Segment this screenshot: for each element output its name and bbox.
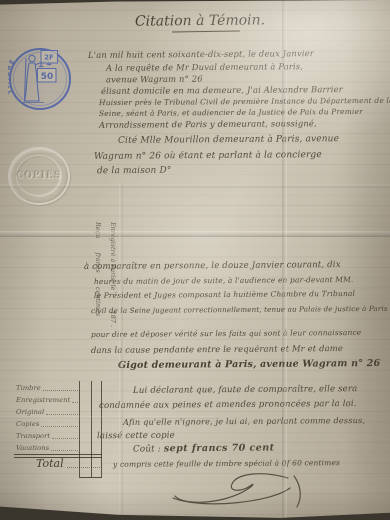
cited-line-3: de la maison D° xyxy=(97,165,172,176)
registration-margin-note: Enregistré à Paris, le 187 . Reçu francs… xyxy=(78,222,120,380)
hearing-line-1: à comparaître en personne, le douze Janv… xyxy=(84,260,341,272)
document-paper: TIMBRE 2F 50 COPIES xyxy=(0,0,390,520)
revenue-stamp-icon: TIMBRE 2F 50 xyxy=(8,46,72,112)
cited-line-1: Cité Mlle Mourillon demeurant à Paris, a… xyxy=(118,134,339,146)
fee-row-copies: Copies xyxy=(16,420,78,428)
opening-line-1: L'an mil huit cent soixante-dix-sept, le… xyxy=(88,48,314,60)
fee-row-vacations: Vacations xyxy=(16,444,78,452)
fee-row-transport: Transport xyxy=(16,432,78,440)
embossed-seal: COPIES xyxy=(8,147,70,205)
stamp-size-value: 2F xyxy=(44,54,54,62)
fee-total-row: Total xyxy=(36,457,102,470)
signature-flourish xyxy=(148,468,313,516)
opening-line-4: élisant domicile en ma demeure, J'ai Ale… xyxy=(101,84,343,96)
hearing-line-6: dans la cause pendante entre le requéran… xyxy=(91,343,343,355)
warning-line-3: Afin qu'elle n'ignore, je lui ai, en par… xyxy=(123,415,365,427)
document-title: Citation à Témoin. xyxy=(120,12,280,30)
warning-line-1: Lui déclarant que, faute de comparaître,… xyxy=(133,384,358,396)
opening-line-2: A la requête de Mr Duval demeurant à Par… xyxy=(106,61,303,73)
cost-value: sept francs 70 cent xyxy=(164,442,275,454)
embossed-seal-text: COPIES xyxy=(16,171,61,181)
hearing-line-7: Gigot demeurant à Paris, avenue Wagram n… xyxy=(118,358,380,371)
fee-table: Timbre Enregistrement Original Copies Tr… xyxy=(16,384,78,452)
photo-background: TIMBRE 2F 50 COPIES xyxy=(0,0,390,520)
cost-line: Coût : sept francs 70 cent xyxy=(133,442,275,454)
registration-note-line-2: Reçu francs centimes xyxy=(90,222,105,380)
cost-label: Coût : xyxy=(133,444,161,454)
stamp-price-value: 50 xyxy=(41,72,54,82)
stamp-fee-line: y compris cette feuille de timbre spécia… xyxy=(113,458,340,469)
warning-line-4: laissé cette copie xyxy=(97,430,175,441)
fee-total-label: Total xyxy=(36,457,64,470)
fee-total-rule-1 xyxy=(14,454,102,455)
fee-row-enregistrement: Enregistrement xyxy=(16,396,78,404)
registration-note-line-1: Enregistré à Paris, le 187 . xyxy=(105,222,120,380)
opening-line-3: avenue Wagram n° 26 xyxy=(106,73,203,84)
fee-box-bottom-rule xyxy=(79,477,102,478)
fee-row-original: Original xyxy=(16,408,78,416)
opening-line-7: Arrondissement de Paris y demeurant, sou… xyxy=(99,118,317,130)
cited-line-2: Wagram n° 26 où étant et parlant à la co… xyxy=(94,150,322,162)
embossed-seal-inner: COPIES xyxy=(16,155,62,197)
warning-line-2: condamnée aux peines et amendes prononcé… xyxy=(99,398,357,410)
fee-row-timbre: Timbre xyxy=(16,384,78,392)
